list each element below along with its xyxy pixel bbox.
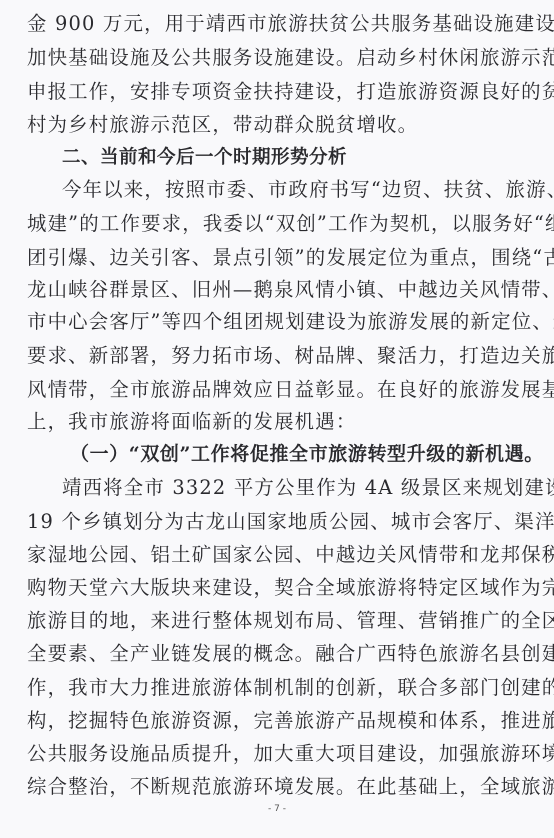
text-line: 村为乡村旅游示范区，带动群众脱贫增收。 — [27, 113, 507, 137]
text-line: 金 900 万元，用于靖西市旅游扶贫公共服务基础设施建设项目， — [27, 12, 507, 36]
document-page: 金 900 万元，用于靖西市旅游扶贫公共服务基础设施建设项目， 加快基础设施及公… — [0, 0, 554, 838]
text-line: 城建”的工作要求，我委以“双创”工作为契机，以服务好“组 — [27, 212, 507, 236]
text-line: 风情带，全市旅游品牌效应日益彰显。在良好的旅游发展基础 — [27, 378, 507, 402]
text-line: 市中心会客厅”等四个组团规划建设为旅游发展的新定位、新 — [27, 310, 507, 334]
text-line: 购物天堂六大版块来建设，契合全域旅游将特定区域作为完整 — [27, 576, 507, 600]
text-line: 构，挖掘特色旅游资源，完善旅游产品规模和体系，推进旅游 — [27, 709, 507, 733]
text-line: 全要素、全产业链发展的概念。融合广西特色旅游名县创建工 — [27, 642, 507, 666]
text-line: 家湿地公园、铝土矿国家公园、中越边关风情带和龙邦保税港 — [27, 543, 507, 567]
text-line: 加快基础设施及公共服务设施建设。启动乡村休闲旅游示范区 — [27, 46, 507, 70]
text-line: 申报工作，安排专项资金扶持建设，打造旅游资源良好的贫困 — [27, 80, 507, 104]
text-line: 要求、新部署，努力拓市场、树品牌、聚活力，打造边关旅游 — [27, 344, 507, 368]
page-number: - 7 - — [0, 804, 554, 814]
text-line: 旅游目的地，来进行整体规划布局、管理、营销推广的全区域、 — [27, 609, 507, 633]
text-line: 今年以来，按照市委、市政府书写“边贸、扶贫、旅游、 — [62, 178, 507, 202]
text-line: 19 个乡镇划分为古龙山国家地质公园、城市会客厅、渠洋湖国 — [27, 510, 507, 534]
text-line: 团引爆、边关引客、景点引领”的发展定位为重点，围绕“古 — [27, 246, 507, 270]
text-line: 综合整治，不断规范旅游环境发展。在此基础上，全域旅游通 — [27, 775, 507, 799]
section-heading: 二、当前和今后一个时期形势分析 — [62, 146, 347, 170]
text-line: 龙山峡谷群景区、旧州—鹅泉风情小镇、中越边关风情带、城 — [27, 278, 507, 302]
text-line: 上，我市旅游将面临新的发展机遇： — [27, 410, 507, 434]
subsection-heading: （一）“双创”工作将促推全市旅游转型升级的新机遇。 — [70, 442, 507, 466]
text-line: 公共服务设施品质提升，加大重大项目建设，加强旅游环境的 — [27, 742, 507, 766]
text-line: 作，我市大力推进旅游体制机制的创新，联合多部门创建的机 — [27, 676, 507, 700]
text-line: 靖西将全市 3322 平方公里作为 4A 级景区来规划建设，将 — [62, 476, 507, 500]
